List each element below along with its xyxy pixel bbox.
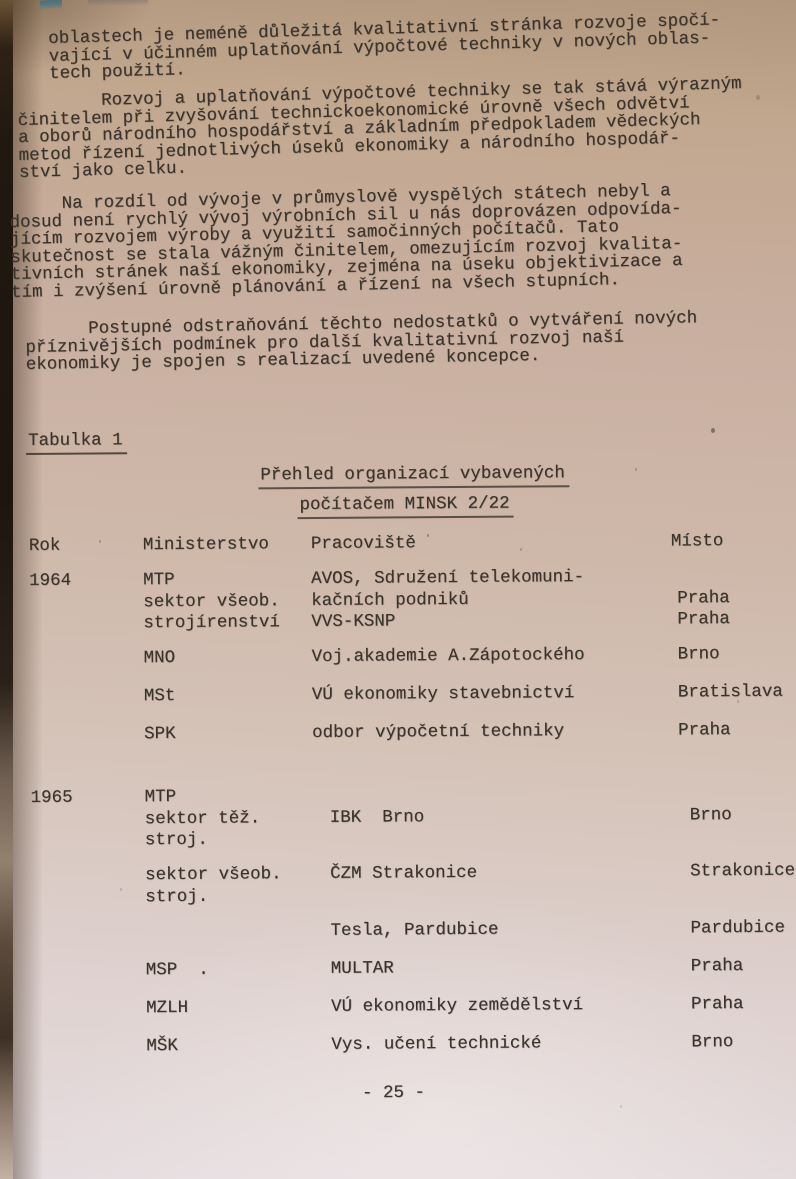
table-cell-pracoviste: odbor výpočetní techniky xyxy=(312,721,564,744)
table-cell-ministerstvo: MTP sektor těž. stroj. xyxy=(144,786,260,851)
table-body: 1964MTP sektor všeob. strojírenstvíAVOS,… xyxy=(0,425,796,1131)
paper-specks xyxy=(0,0,2,3)
table-cell-ministerstvo: MSP . xyxy=(146,960,209,982)
table-cell-misto: Brno xyxy=(678,644,720,666)
table-cell-ministerstvo: SPK xyxy=(144,724,176,746)
table-cell-pracoviste: AVOS, Sdružení telekomuni- kačních podni… xyxy=(311,567,584,633)
table-cell-pracoviste: VÚ ekonomiky stavebnictví xyxy=(312,683,575,706)
table-cell-misto: Praha xyxy=(691,994,744,1016)
table-row-group: SPKodbor výpočetní technikyPraha xyxy=(2,720,796,726)
table-row-group: 1965MTP sektor těž. stroj. IBK Brno Brno xyxy=(2,783,796,789)
table-cell-misto: Brno xyxy=(691,1032,733,1054)
table-cell-misto: Praha Praha xyxy=(677,566,730,631)
table-row-group: MSP .MULTARPraha xyxy=(4,956,796,962)
table-minsk-overview: Tabulka 1 Přehled organizací vybavených … xyxy=(0,425,796,1131)
binding-tape-mark xyxy=(40,0,62,10)
table-cell-pracoviste: Tesla, Pardubice xyxy=(330,920,498,943)
table-cell-misto: Pardubice xyxy=(690,918,785,940)
table-cell-misto: Brno xyxy=(689,783,731,826)
page-number: - 25 - xyxy=(362,1083,425,1104)
table-cell-ministerstvo: MZLH xyxy=(146,998,188,1020)
table-cell-ministerstvo: MTP sektor všeob. strojírenství xyxy=(143,569,280,634)
table-row-group: MŠKVys. učení technickéBrno xyxy=(4,1032,796,1038)
table-cell-misto: Praha xyxy=(691,956,744,978)
paragraph: Rozvoj a uplatňování výpočtové techniky … xyxy=(17,76,744,182)
table-cell-ministerstvo: MSt xyxy=(144,686,176,708)
table-cell-ministerstvo: MNO xyxy=(144,648,176,670)
table-row-group: Tesla, PardubicePardubice xyxy=(3,918,796,924)
table-cell-pracoviste: Vys. učení technické xyxy=(331,1033,541,1056)
table-cell-misto: Praha xyxy=(678,720,731,742)
paragraph: oblastech je neméně důležitá kvalitativn… xyxy=(48,12,721,83)
table-cell-rok: 1965 xyxy=(30,788,72,810)
table-row-group: sektor všeob. stroj.ČZM StrakoniceStrako… xyxy=(3,861,796,867)
table-cell-pracoviste: ČZM Strakonice xyxy=(330,863,477,886)
scanned-document-page: oblastech je neméně důležitá kvalitativn… xyxy=(0,0,796,1179)
table-cell-pracoviste: Voj.akademie A.Zápotockého xyxy=(312,645,585,668)
table-cell-pracoviste: IBK Brno xyxy=(329,785,424,829)
table-cell-pracoviste: VÚ ekonomiky zemědělství xyxy=(331,995,583,1018)
table-cell-misto: Strakonice xyxy=(690,861,795,883)
table-cell-ministerstvo: sektor všeob. stroj. xyxy=(145,864,282,908)
table-cell-misto: Bratislava xyxy=(678,682,783,704)
scan-smudge xyxy=(88,0,148,6)
paragraph: Postupné odstraňování těchto nedostatků … xyxy=(25,310,698,374)
table-cell-ministerstvo: MŠK xyxy=(146,1036,178,1058)
table-cell-rok: 1964 xyxy=(29,571,71,593)
table-row-group: MStVÚ ekonomiky stavebnictvíBratislava xyxy=(2,682,796,688)
paragraph: Na rozdíl od vývoje v průmyslově vyspělý… xyxy=(9,183,683,302)
table-cell-pracoviste: MULTAR xyxy=(331,958,394,980)
table-row-group: 1964MTP sektor všeob. strojírenstvíAVOS,… xyxy=(1,566,796,572)
table-row-group: MZLHVÚ ekonomiky zemědělstvíPraha xyxy=(4,994,796,1000)
table-row-group: MNOVoj.akademie A.ZápotockéhoBrno xyxy=(2,644,796,650)
